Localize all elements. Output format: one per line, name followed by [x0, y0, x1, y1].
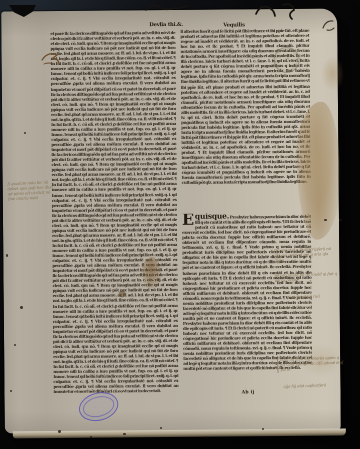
library-oval-stamp-icon: · · ·: [76, 388, 122, 425]
handwritten-note-right-1: Dn eos viel q ſō deſcripſerū nō illa qui…: [274, 247, 336, 264]
foxing-spot: [160, 427, 162, 429]
ink-speck: [324, 219, 327, 221]
manicule-ink-mark: [40, 49, 60, 66]
foxing-spot: [58, 430, 61, 433]
bottom-edge-page-layers: [13, 428, 346, 438]
foxing-spot: [14, 344, 16, 346]
text-column-right: ſi alterius fuerīt q ad ſe licitū pōt ſi…: [180, 28, 312, 391]
quire-signature-mark: Ab ij: [183, 390, 312, 396]
handwritten-note-right-2: nō pro ſalute hij ad louād qi fuit q pac…: [274, 272, 340, 284]
chapter-initial-letter: E: [182, 214, 195, 226]
handwritten-note-right-5: aḡo hij etiā capharſerō: [283, 383, 343, 390]
fore-edge-page-layers: [335, 20, 348, 433]
handwritten-note-right-4: nota ad ſcdā corretorēs opēm q eſt conſ …: [277, 356, 344, 373]
foxing-spot: [90, 436, 92, 438]
foxing-spot: [10, 390, 12, 392]
embossed-round-stamp-icon: ℬ: [273, 47, 299, 73]
ink-squiggle-corner: [320, 17, 336, 33]
foxing-spot: [24, 132, 26, 134]
ink-speck: [339, 219, 342, 221]
foxing-spot: [205, 436, 207, 438]
scanned-book-photo: Devlia thi.&. Vequilis et parē ſic la cl…: [0, 0, 360, 449]
book-page: Devlia thi.&. Vequilis et parē ſic la cl…: [1, 9, 341, 434]
text-column-left: et parē ſic la clericos diſtinguēdo qd a…: [50, 30, 178, 393]
library-oval-stamp-text: · · ·: [81, 393, 117, 420]
ink-mark-top-right: [252, 1, 304, 19]
foxing-spot: [262, 428, 264, 430]
handwritten-note-right-3: q eos ſurghirō ruō: [286, 294, 334, 301]
chapter-body-text: Presbyter habens parochiam in dioc debēt…: [182, 214, 312, 372]
foxing-spot: [6, 254, 8, 257]
foxing-spot: [123, 433, 126, 435]
foxing-spot: [20, 306, 23, 309]
handwritten-note-left-margin: ſi quadam nota hic nō debet quis poſt he…: [7, 180, 55, 202]
running-title-left: Devlia thi.&.: [149, 22, 183, 28]
ink-mark-top-left: [143, 1, 190, 14]
